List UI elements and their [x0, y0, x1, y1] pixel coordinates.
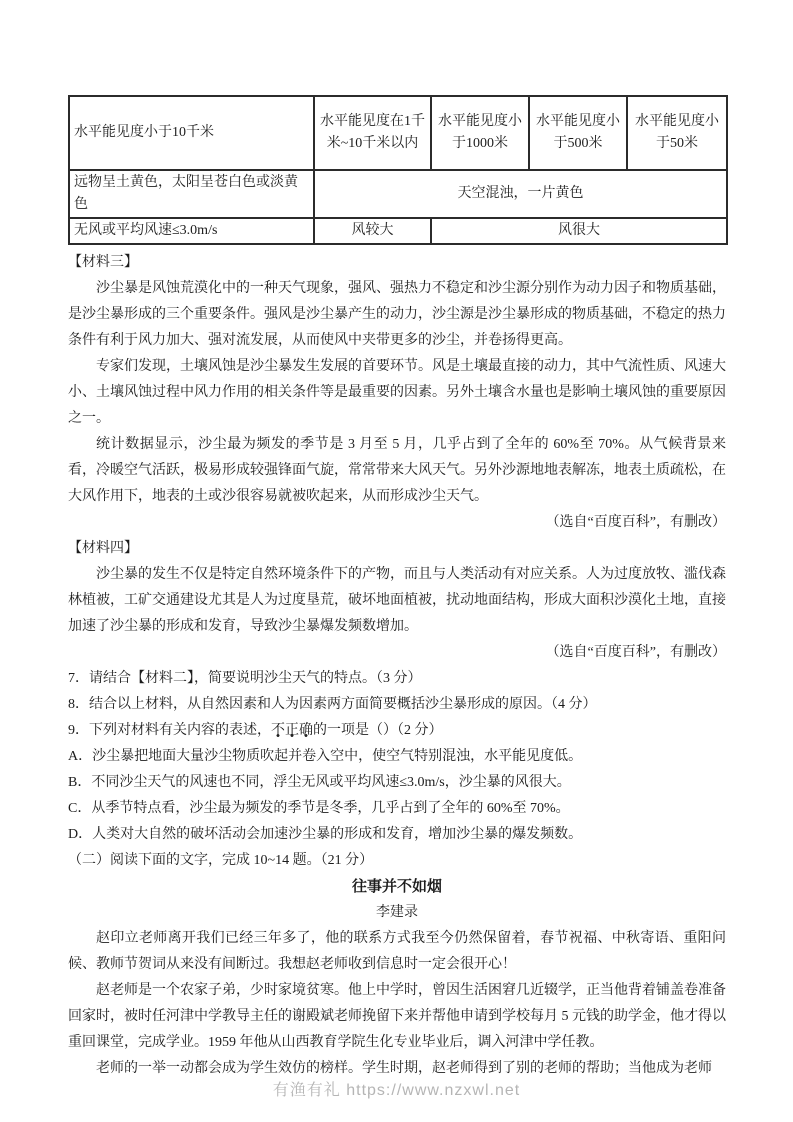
material-3-paragraph: 统计数据显示，沙尘最为频发的季节是 3 月至 5 月，几乎占到了全年的 60%至…: [68, 432, 726, 510]
essay-paragraph: 赵老师是一个农家子弟，少时家境贫寒。他上中学时，曾因生活困窘几近辍学，正当他背着…: [68, 978, 726, 1056]
question-7: 7．请结合【材料二】，简要说明沙尘天气的特点。（3 分）: [68, 666, 726, 692]
material-4-source-attribution: （选自“百度百科”，有删改）: [68, 640, 726, 666]
table-cell-appearance-merged: 天空混浊，一片黄色: [314, 170, 727, 218]
table-cell-visibility-500m: 水平能见度小于500米: [529, 96, 627, 170]
essay-author: 李建录: [68, 900, 726, 926]
question-9-option-d: D．人类对大自然的破坏活动会加速沙尘暴的形成和发育，增加沙尘暴的爆发频数。: [68, 822, 726, 848]
sand-dust-visibility-table: 水平能见度小于10千米 水平能见度在1千米~10千米以内 水平能见度小于1000…: [68, 95, 728, 245]
material-3-heading: 【材料三】: [68, 250, 726, 276]
material-3-paragraph: 专家们发现，土壤风蚀是沙尘暴发生发展的首要环节。风是土壤最直接的动力，其中气流性…: [68, 354, 726, 432]
question-9-suffix: 的一项是（）（2 分）: [313, 723, 443, 738]
question-9-prefix: 9．下列对材料有关内容的表述，: [68, 723, 271, 738]
essay-title: 往事并不如烟: [68, 874, 726, 900]
table-cell-visibility-1000m: 水平能见度小于1000米: [431, 96, 529, 170]
material-3-paragraph: 沙尘暴是风蚀荒漠化中的一种天气现象，强风、强热力不稳定和沙尘源分别作为动力因子和…: [68, 276, 726, 354]
table-appearance-row: 远物呈土黄色，太阳呈苍白色或淡黄色 天空混浊，一片黄色: [69, 170, 727, 218]
table-cell-visibility-1-10km: 水平能见度在1千米~10千米以内: [314, 96, 431, 170]
table-cell-appearance-left: 远物呈土黄色，太阳呈苍白色或淡黄色: [69, 170, 314, 218]
watermark-footer: 有渔有礼 https://www.nzxwl.net: [0, 1077, 793, 1100]
table-header-row: 水平能见度小于10千米 水平能见度在1千米~10千米以内 水平能见度小于1000…: [69, 96, 727, 170]
table-cell-wind-moderate: 风较大: [314, 218, 431, 244]
question-9-option-c: C．从季节特点看，沙尘最为频发的季节是冬季，几乎占到了全年的 60%至 70%。: [68, 796, 726, 822]
question-9-option-a: A．沙尘暴把地面大量沙尘物质吹起并卷入空中，使空气特别混浊，水平能见度低。: [68, 744, 726, 770]
table-cell-wind-left: 无风或平均风速≤3.0m/s: [69, 218, 314, 244]
exam-document-page: 水平能见度小于10千米 水平能见度在1千米~10千米以内 水平能见度小于1000…: [0, 0, 793, 1122]
material-3-source-attribution: （选自“百度百科”，有删改）: [68, 510, 726, 536]
question-8: 8．结合以上材料，从自然因素和人为因素两方面简要概括沙尘暴形成的原因。（4 分）: [68, 692, 726, 718]
section-2-intro: （二）阅读下面的文字，完成 10~14 题。（21 分）: [68, 848, 726, 874]
table-cell-visibility-10km: 水平能见度小于10千米: [69, 96, 314, 170]
question-9-option-b: B．不同沙尘天气的风速也不同，浮尘无风或平均风速≤3.0m/s，沙尘暴的风很大。: [68, 770, 726, 796]
table-cell-wind-strong: 风很大: [431, 218, 727, 244]
table-wind-row: 无风或平均风速≤3.0m/s 风较大 风很大: [69, 218, 727, 244]
essay-paragraph: 赵印立老师离开我们已经三年多了，他的联系方式我至今仍然保留着，春节祝福、中秋寄语…: [68, 926, 726, 978]
question-9-emphasized-text: 不正确: [271, 723, 313, 738]
table-cell-visibility-50m: 水平能见度小于50米: [627, 96, 727, 170]
document-content: 水平能见度小于10千米 水平能见度在1千米~10千米以内 水平能见度小于1000…: [68, 95, 726, 1082]
question-9: 9．下列对材料有关内容的表述，不正确的一项是（）（2 分）: [68, 718, 726, 744]
material-4-paragraph: 沙尘暴的发生不仅是特定自然环境条件下的产物，而且与人类活动有对应关系。人为过度放…: [68, 562, 726, 640]
material-4-heading: 【材料四】: [68, 536, 726, 562]
